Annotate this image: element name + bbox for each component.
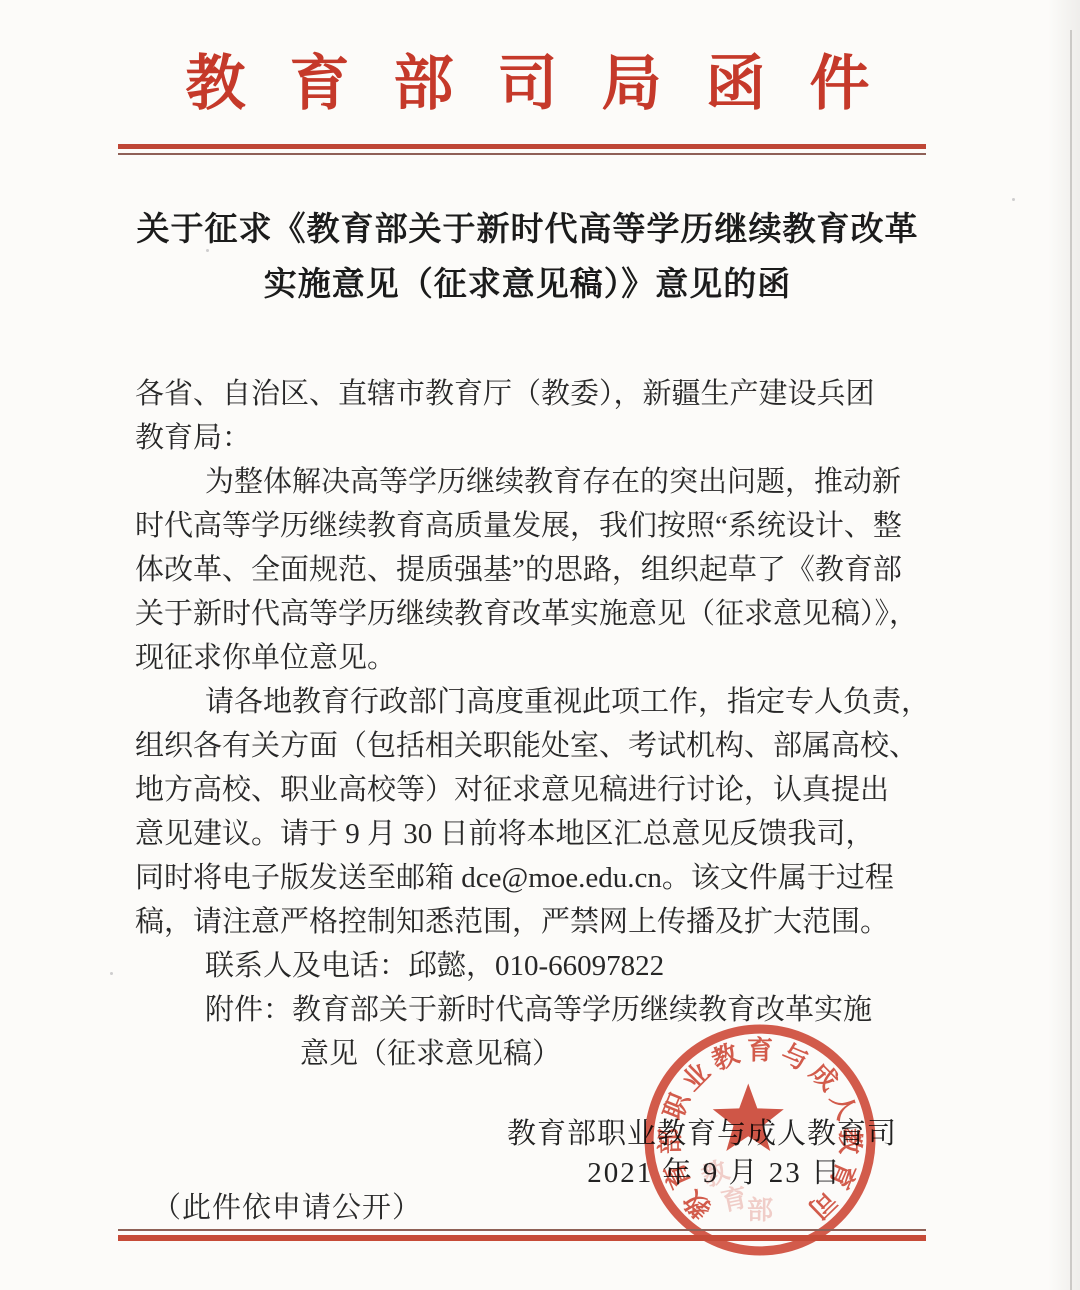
body-line: 现征求你单位意见。 <box>135 636 935 680</box>
contact-line: 联系人及电话：邱懿，010-66097822 <box>135 944 935 988</box>
attachment-line-2: 意见（征求意见稿） <box>135 1032 935 1076</box>
scan-speck <box>110 972 113 975</box>
scan-edge-artifact <box>1070 30 1072 1290</box>
document-title: 关于征求《教育部关于新时代高等学历继续教育改革 实施意见（征求意见稿）》意见的函 <box>0 203 1055 313</box>
body-line: 地方高校、职业高校等）对征求意见稿进行讨论，认真提出 <box>135 768 935 812</box>
footer-rule-thin <box>118 1229 926 1231</box>
document-kind-header-text: 教育部司局函件 <box>186 36 914 122</box>
body-line: 体改革、全面规范、提质强基”的思路，组织起草了《教育部 <box>135 548 935 592</box>
document-title-line-1: 关于征求《教育部关于新时代高等学历继续教育改革 <box>0 203 1055 258</box>
body-line: 意见建议。请于 9 月 30 日前将本地区汇总意见反馈我司， <box>135 812 935 856</box>
official-letter-page: 教育部司局函件 关于征求《教育部关于新时代高等学历继续教育改革 实施意见（征求意… <box>0 0 1080 1290</box>
body-line: 组织各有关方面（包括相关职能处室、考试机构、部属高校、 <box>135 724 935 768</box>
document-title-line-2: 实施意见（征求意见稿）》意见的函 <box>0 258 1055 313</box>
header-rule-thin <box>118 153 926 155</box>
header-rule-thick <box>118 144 926 149</box>
body-line: 稿，请注意严格控制知悉范围，严禁网上传播及扩大范围。 <box>135 900 935 944</box>
svg-text:部: 部 <box>747 1196 773 1225</box>
scan-speck <box>1012 198 1015 201</box>
body-line: 请各地教育行政部门高度重视此项工作，指定专人负责， <box>135 680 935 724</box>
salutation-line-2: 教育局： <box>135 416 935 460</box>
salutation-line-1: 各省、自治区、直辖市教育厅（教委），新疆生产建设兵团 <box>135 372 935 416</box>
scan-speck <box>206 249 209 252</box>
attachment-line-1: 附件：教育部关于新时代高等学历继续教育改革实施 <box>135 988 935 1032</box>
signer-name: 教育部职业教育与成人教育司 <box>507 1111 897 1152</box>
body-line: 为整体解决高等学历继续教育存在的突出问题，推动新 <box>135 460 935 504</box>
document-kind-header: 教育部司局函件 <box>0 36 1055 122</box>
body-line: 同时将电子版发送至邮箱 dce@moe.edu.cn。该文件属于过程 <box>135 856 935 900</box>
letter-body: 各省、自治区、直辖市教育厅（教委），新疆生产建设兵团 教育局： 为整体解决高等学… <box>135 372 935 1076</box>
body-line: 关于新时代高等学历继续教育改革实施意见（征求意见稿）》， <box>135 592 935 636</box>
signature-date: 2021 年 9 月 23 日 <box>587 1150 842 1191</box>
footer-rule-thick <box>118 1235 926 1241</box>
disclosure-note: （此件依申请公开） <box>152 1185 422 1226</box>
body-line: 时代高等学历继续教育高质量发展，我们按照“系统设计、整 <box>135 504 935 548</box>
